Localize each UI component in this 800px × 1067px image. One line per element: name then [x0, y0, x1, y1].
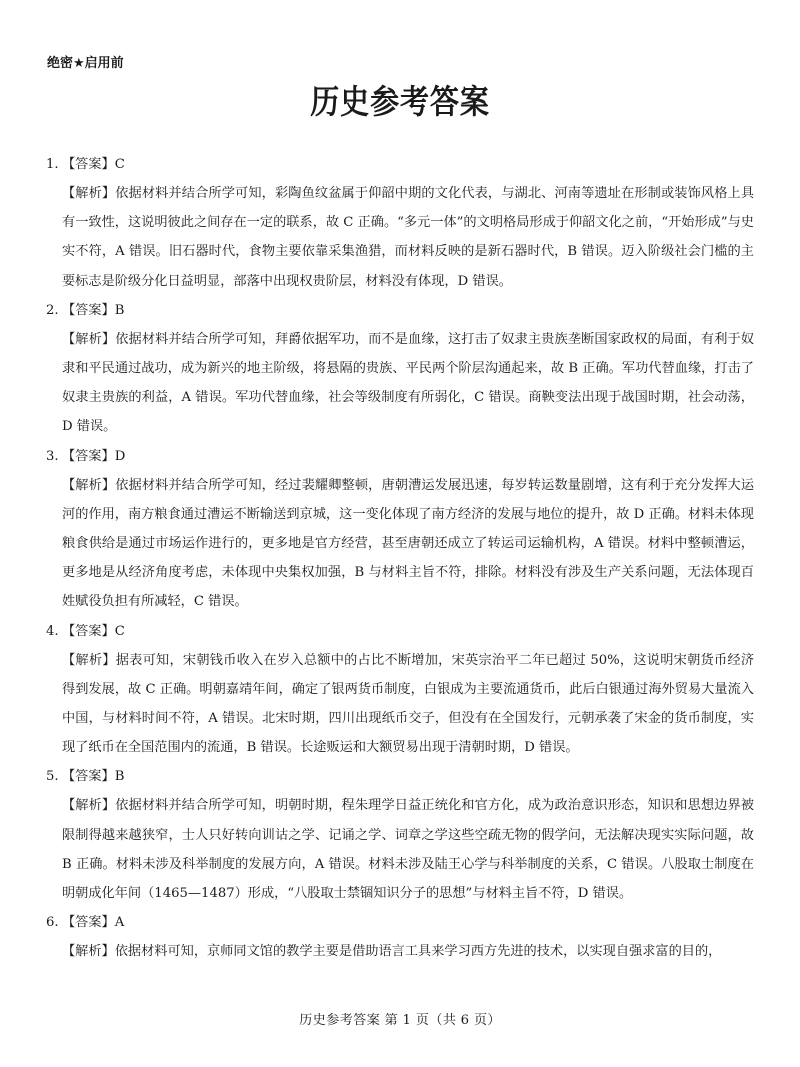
explanation: 【解析】依据材料并结合所学可知，经过裴耀卿整顿，唐朝漕运发展迅速，每岁转运数量剧…: [46, 471, 754, 617]
explanation-text: 依据材料并结合所学可知，明朝时期，程朱理学日益正统化和官方化，成为政治意识形态，…: [62, 798, 754, 901]
question-number: 2.: [46, 296, 62, 325]
answer-value: C: [115, 624, 125, 639]
answer-line: 5.【答案】B: [46, 762, 754, 791]
page-title: 历史参考答案: [48, 76, 752, 123]
question-item-3: 3.【答案】D 【解析】依据材料并结合所学可知，经过裴耀卿整顿，唐朝漕运发展迅速…: [46, 442, 754, 617]
answer-line: 6.【答案】A: [46, 908, 754, 937]
explanation-text: 据表可知，宋朝钱币收入在岁入总额中的占比不断增加，宋英宗治平二年已超过 50%，…: [62, 653, 754, 756]
answer-label: 【答案】: [62, 157, 115, 172]
answer-label: 【答案】: [62, 303, 115, 318]
confidential-label: 绝密★启用前: [47, 52, 124, 71]
answer-list: 1.【答案】C 【解析】依据材料并结合所学可知，彩陶鱼纹盆属于仰韶中期的文化代表…: [46, 150, 754, 966]
answer-line: 2.【答案】B: [46, 296, 754, 325]
answer-value: D: [115, 449, 126, 464]
question-number: 6.: [46, 908, 62, 937]
explanation-label: 【解析】: [62, 944, 115, 959]
answer-value: B: [115, 769, 125, 784]
answer-label: 【答案】: [62, 624, 115, 639]
answer-label: 【答案】: [62, 769, 115, 784]
question-item-6: 6.【答案】A 【解析】依据材料可知，京师同文馆的教学主要是借助语言工具来学习西…: [46, 908, 754, 966]
answer-line: 3.【答案】D: [46, 442, 754, 471]
explanation-label: 【解析】: [62, 478, 115, 493]
explanation: 【解析】依据材料并结合所学可知，拜爵依据军功，而不是血缘，这打击了奴隶主贵族垄断…: [46, 325, 754, 442]
question-item-5: 5.【答案】B 【解析】依据材料并结合所学可知，明朝时期，程朱理学日益正统化和官…: [46, 762, 754, 908]
explanation-text: 依据材料并结合所学可知，经过裴耀卿整顿，唐朝漕运发展迅速，每岁转运数量剧增，这有…: [62, 478, 754, 610]
explanation-label: 【解析】: [62, 332, 115, 347]
question-number: 1.: [46, 150, 62, 179]
question-number: 4.: [46, 617, 62, 646]
explanation-text: 依据材料并结合所学可知，拜爵依据军功，而不是血缘，这打击了奴隶主贵族垄断国家政权…: [62, 332, 754, 435]
question-item-2: 2.【答案】B 【解析】依据材料并结合所学可知，拜爵依据军功，而不是血缘，这打击…: [46, 296, 754, 442]
explanation-text: 依据材料可知，京师同文馆的教学主要是借助语言工具来学习西方先进的技术，以实现自强…: [115, 944, 722, 959]
explanation: 【解析】依据材料并结合所学可知，明朝时期，程朱理学日益正统化和官方化，成为政治意…: [46, 791, 754, 908]
question-number: 3.: [46, 442, 62, 471]
question-item-4: 4.【答案】C 【解析】据表可知，宋朝钱币收入在岁入总额中的占比不断增加，宋英宗…: [46, 617, 754, 763]
explanation: 【解析】依据材料并结合所学可知，彩陶鱼纹盆属于仰韶中期的文化代表，与湖北、河南等…: [46, 179, 754, 296]
explanation: 【解析】依据材料可知，京师同文馆的教学主要是借助语言工具来学习西方先进的技术，以…: [46, 937, 754, 966]
answer-line: 4.【答案】C: [46, 617, 754, 646]
explanation: 【解析】据表可知，宋朝钱币收入在岁入总额中的占比不断增加，宋英宗治平二年已超过 …: [46, 646, 754, 763]
page-footer: 历史参考答案 第 1 页（共 6 页）: [0, 1009, 800, 1028]
answer-value: A: [115, 915, 125, 930]
question-item-1: 1.【答案】C 【解析】依据材料并结合所学可知，彩陶鱼纹盆属于仰韶中期的文化代表…: [46, 150, 754, 296]
answer-value: C: [115, 157, 125, 172]
explanation-label: 【解析】: [62, 653, 116, 668]
answer-label: 【答案】: [62, 449, 115, 464]
explanation-label: 【解析】: [62, 186, 115, 201]
answer-line: 1.【答案】C: [46, 150, 754, 179]
explanation-label: 【解析】: [62, 798, 115, 813]
answer-value: B: [115, 303, 125, 318]
answer-label: 【答案】: [62, 915, 115, 930]
question-number: 5.: [46, 762, 62, 791]
explanation-text: 依据材料并结合所学可知，彩陶鱼纹盆属于仰韶中期的文化代表，与湖北、河南等遗址在形…: [62, 186, 754, 289]
